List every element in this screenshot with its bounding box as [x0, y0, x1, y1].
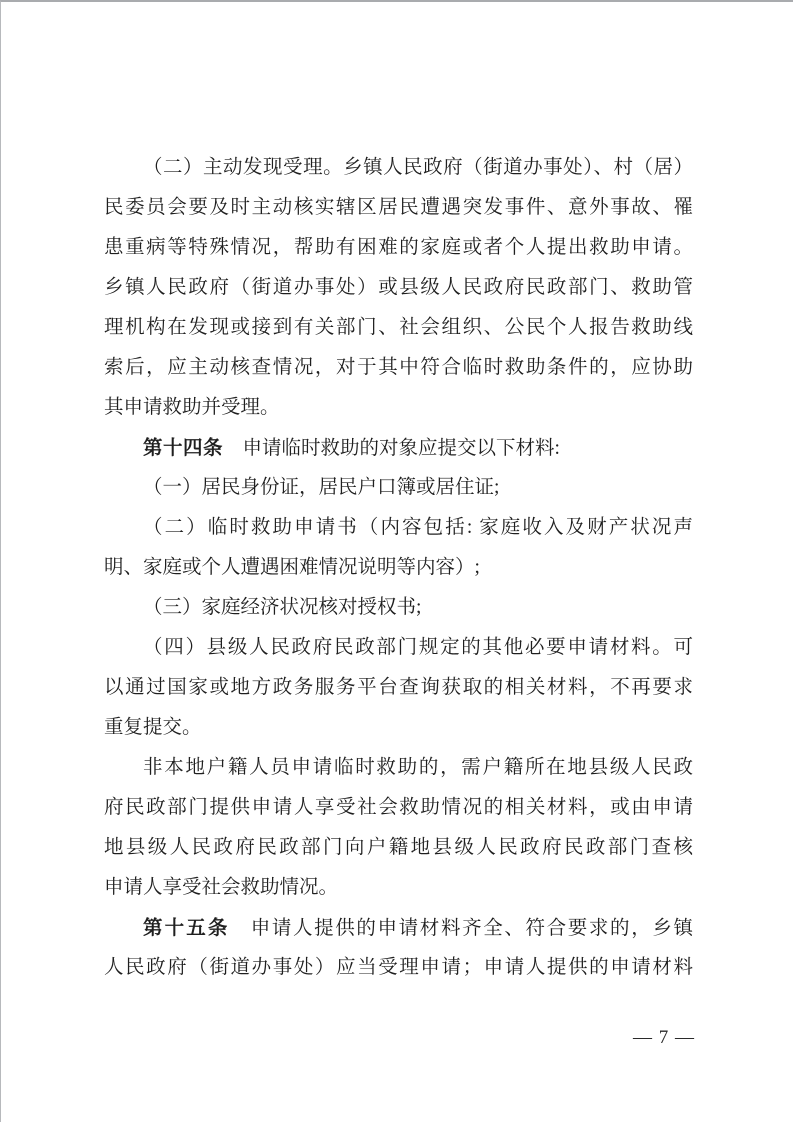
- line-text: 府民政部门提供申请人享受社会救助情况的相关材料，或由申请: [104, 797, 693, 818]
- text-line: 重复提交。: [104, 708, 693, 748]
- line-text: 以通过国家或地方政务服务平台查询获取的相关材料，不再要求: [104, 677, 693, 698]
- text-line: 地县级人民政府民政部门向户籍地县级人民政府民政部门查核: [104, 828, 693, 868]
- line-text: （一）居民身份证，居民户口簿或居住证;: [143, 477, 499, 498]
- line-text: 患重病等特殊情况，帮助有困难的家庭或者个人提出救助申请。: [104, 237, 693, 258]
- article-number: 第十五条: [143, 917, 230, 939]
- page-number: — 7 —: [633, 1024, 695, 1052]
- text-line: 明、家庭或个人遭遇困难情况说明等内容）;: [104, 548, 693, 588]
- line-text: （二）临时救助申请书（内容包括: 家庭收入及财产状况声: [143, 517, 693, 538]
- text-line: 人民政府（街道办事处）应当受理申请；申请人提供的申请材料: [104, 948, 693, 988]
- line-text: （二）主动发现受理。乡镇人民政府（街道办事处）、村（居）: [143, 157, 693, 178]
- line-text: 非本地户籍人员申请临时救助的，需户籍所在地县级人民政: [143, 757, 693, 778]
- text-line: 府民政部门提供申请人享受社会救助情况的相关材料，或由申请: [104, 788, 693, 828]
- text-line: 理机构在发现或接到有关部门、社会组织、公民个人报告救助线: [104, 308, 693, 348]
- line-text: 地县级人民政府民政部门向户籍地县级人民政府民政部门查核: [104, 837, 693, 858]
- line-text: 人民政府（街道办事处）应当受理申请；申请人提供的申请材料: [104, 957, 693, 978]
- text-line: 申请人享受社会救助情况。: [104, 868, 693, 908]
- text-line: （二）临时救助申请书（内容包括: 家庭收入及财产状况声: [104, 508, 693, 548]
- line-text: 其申请救助并受理。: [104, 397, 280, 418]
- article-number: 第十四条: [143, 437, 223, 459]
- text-line: 以通过国家或地方政务服务平台查询获取的相关材料，不再要求: [104, 668, 693, 708]
- text-line: 患重病等特殊情况，帮助有困难的家庭或者个人提出救助申请。: [104, 228, 693, 268]
- line-text: 民委员会要及时主动核实辖区居民遭遇突发事件、意外事故、罹: [104, 197, 693, 218]
- text-line: （二）主动发现受理。乡镇人民政府（街道办事处）、村（居）: [104, 148, 693, 188]
- line-text: 明、家庭或个人遭遇困难情况说明等内容）;: [104, 557, 480, 578]
- text-line: （三）家庭经济状况核对授权书;: [104, 588, 693, 628]
- line-text: 申请临时救助的对象应提交以下材料:: [223, 438, 560, 459]
- text-line: 索后，应主动核查情况，对于其中符合临时救助条件的，应协助: [104, 348, 693, 388]
- text-line: 第十四条 申请临时救助的对象应提交以下材料:: [104, 428, 693, 468]
- document-page: （二）主动发现受理。乡镇人民政府（街道办事处）、村（居）民委员会要及时主动核实辖…: [0, 0, 793, 1122]
- line-text: （四）县级人民政府民政部门规定的其他必要申请材料。可: [143, 637, 693, 658]
- text-line: 其申请救助并受理。: [104, 388, 693, 428]
- line-text: 申请人享受社会救助情况。: [104, 877, 338, 898]
- text-line: 非本地户籍人员申请临时救助的，需户籍所在地县级人民政: [104, 748, 693, 788]
- line-text: 索后，应主动核查情况，对于其中符合临时救助条件的，应协助: [104, 357, 693, 378]
- line-text: 乡镇人民政府（街道办事处）或县级人民政府民政部门、救助管: [104, 277, 693, 298]
- text-line: 乡镇人民政府（街道办事处）或县级人民政府民政部门、救助管: [104, 268, 693, 308]
- text-line: 民委员会要及时主动核实辖区居民遭遇突发事件、意外事故、罹: [104, 188, 693, 228]
- text-line: 第十五条 申请人提供的申请材料齐全、符合要求的，乡镇: [104, 908, 693, 948]
- line-text: 理机构在发现或接到有关部门、社会组织、公民个人报告救助线: [104, 317, 693, 338]
- line-text: 申请人提供的申请材料齐全、符合要求的，乡镇: [230, 918, 693, 939]
- document-body: （二）主动发现受理。乡镇人民政府（街道办事处）、村（居）民委员会要及时主动核实辖…: [104, 148, 693, 988]
- line-text: 重复提交。: [104, 717, 202, 738]
- line-text: （三）家庭经济状况核对授权书;: [143, 597, 421, 618]
- text-line: （四）县级人民政府民政部门规定的其他必要申请材料。可: [104, 628, 693, 668]
- text-line: （一）居民身份证，居民户口簿或居住证;: [104, 468, 693, 508]
